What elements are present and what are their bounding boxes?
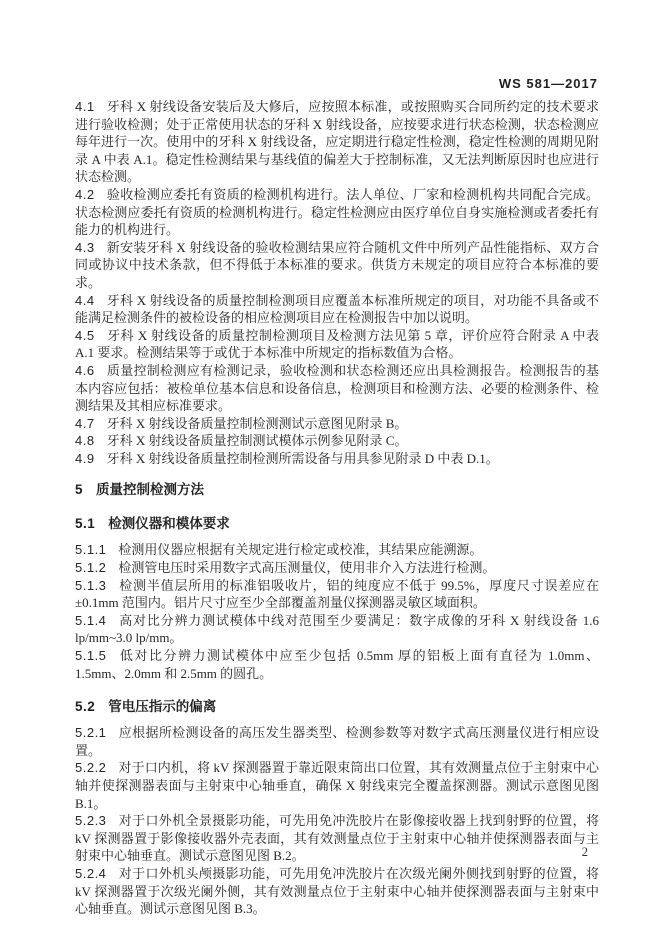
clause-text: 检测半值层所用的标准铝吸收片，铝的纯度应不低于 99.5%，厚度尺寸误差应在±0…: [75, 578, 599, 611]
clause-number: 4.3: [75, 240, 107, 255]
chapter-number: 5: [75, 482, 96, 497]
document-page: WS 581—2017 4.1牙科 X 射线设备安装后及大修后，应按照本标准，或…: [0, 0, 662, 936]
clause-4-6: 4.6质量控制检测应有检测记录，验收检测和状态检测还应出具检测报告。检测报告的基…: [75, 362, 599, 415]
clause-4-5: 4.5牙科 X 射线设备的质量控制检测项目及检测方法见第 5 章，评价应符合附录…: [75, 327, 599, 362]
clause-number: 5.1.2: [75, 560, 118, 575]
section-5-1-heading: 5.1检测仪器和模体要求: [75, 515, 599, 533]
clause-5-1-3: 5.1.3检测半值层所用的标准铝吸收片，铝的纯度应不低于 99.5%，厚度尺寸误…: [75, 577, 599, 612]
page-number: 2: [582, 845, 588, 860]
clause-text: 检测用仪器应根据有关规定进行检定或校准，其结果应能溯源。: [118, 542, 482, 557]
clause-number: 5.1.3: [75, 578, 118, 593]
clause-text: 高对比分辨力测试模体中线对范围至少要满足：数字成像的牙科 X 射线设备 1.6 …: [75, 613, 599, 646]
clause-5-1-1: 5.1.1检测用仪器应根据有关规定进行检定或校准，其结果应能溯源。: [75, 541, 599, 559]
clause-text: 对于口内机，将 kV 探测器置于靠近限束筒出口位置，其有效测量点位于主射束中心轴…: [75, 760, 599, 810]
clause-text: 对于口外机头颅摄影功能，可先用免冲洗胶片在次级光阑外侧找到射野的位置，将 kV …: [75, 866, 599, 916]
clause-number: 5.1.1: [75, 542, 118, 557]
chapter-5-heading: 5质量控制检测方法: [75, 481, 599, 499]
clause-text: 牙科 X 射线设备质量控制检测测试示意图见附录 B。: [107, 416, 408, 431]
clause-text: 质量控制检测应有检测记录，验收检测和状态检测还应出具检测报告。检测报告的基本内容…: [75, 363, 599, 413]
clause-4-3: 4.3新安装牙科 X 射线设备的验收检测结果应符合随机文件中所列产品性能指标、双…: [75, 239, 599, 292]
clause-number: 4.7: [75, 416, 107, 431]
standard-number: WS 581—2017: [499, 76, 598, 91]
clause-number: 5.2.1: [75, 725, 118, 740]
clause-text: 对于口外机全景摄影功能，可先用免冲洗胶片在影像接收器上找到射野的位置，将 kV …: [75, 813, 599, 863]
clause-text: 牙科 X 射线设备安装后及大修后，应按照本标准，或按照购买合同所约定的技术要求进…: [75, 99, 599, 184]
clause-number: 4.1: [75, 99, 107, 114]
section-5-2-heading: 5.2管电压指示的偏离: [75, 698, 599, 716]
section-title: 检测仪器和模体要求: [108, 516, 230, 531]
clause-number: 5.2.3: [75, 813, 118, 828]
chapter-title: 质量控制检测方法: [96, 482, 204, 497]
clause-number: 5.1.4: [75, 613, 118, 628]
clause-5-2-4: 5.2.4对于口外机头颅摄影功能，可先用免冲洗胶片在次级光阑外侧找到射野的位置，…: [75, 865, 599, 918]
clause-4-7: 4.7牙科 X 射线设备质量控制检测测试示意图见附录 B。: [75, 415, 599, 433]
section-number: 5.1: [75, 516, 108, 531]
clause-number: 4.8: [75, 433, 107, 448]
clause-number: 4.2: [75, 187, 107, 202]
clause-text: 新安装牙科 X 射线设备的验收检测结果应符合随机文件中所列产品性能指标、双方合同…: [75, 240, 599, 290]
clause-number: 4.4: [75, 293, 107, 308]
clause-5-2-3: 5.2.3对于口外机全景摄影功能，可先用免冲洗胶片在影像接收器上找到射野的位置，…: [75, 812, 599, 865]
clause-text: 应根据所检测设备的高压发生器类型、检测参数等对数字式高压测量仪进行相应设置。: [75, 725, 599, 758]
clause-number: 5.1.5: [75, 648, 118, 663]
clause-number: 4.9: [75, 451, 107, 466]
clause-text: 检测管电压时采用数字式高压测量仪，使用非介入方法进行检测。: [118, 560, 495, 575]
document-body: 4.1牙科 X 射线设备安装后及大修后，应按照本标准，或按照购买合同所约定的技术…: [75, 98, 599, 918]
clause-number: 5.2.4: [75, 866, 118, 881]
clause-4-9: 4.9牙科 X 射线设备质量控制检测所需设备与用具参见附录 D 中表 D.1。: [75, 450, 599, 468]
clause-4-1: 4.1牙科 X 射线设备安装后及大修后，应按照本标准，或按照购买合同所约定的技术…: [75, 98, 599, 186]
clause-4-4: 4.4牙科 X 射线设备的质量控制检测项目应覆盖本标准所规定的项目，对功能不具备…: [75, 292, 599, 327]
clause-5-1-5: 5.1.5低对比分辨力测试模体中应至少包括 0.5mm 厚的铝板上面有直径为 1…: [75, 647, 599, 682]
clause-4-2: 4.2验收检测应委托有资质的检测机构进行。法人单位、厂家和检测机构共同配合完成。…: [75, 186, 599, 239]
clause-5-1-2: 5.1.2检测管电压时采用数字式高压测量仪，使用非介入方法进行检测。: [75, 559, 599, 577]
section-number: 5.2: [75, 699, 108, 714]
clause-5-2-1: 5.2.1应根据所检测设备的高压发生器类型、检测参数等对数字式高压测量仪进行相应…: [75, 724, 599, 759]
clause-number: 4.6: [75, 363, 107, 378]
clause-text: 验收检测应委托有资质的检测机构进行。法人单位、厂家和检测机构共同配合完成。状态检…: [75, 187, 599, 237]
clause-5-2-2: 5.2.2对于口内机，将 kV 探测器置于靠近限束筒出口位置，其有效测量点位于主…: [75, 759, 599, 812]
clause-4-8: 4.8牙科 X 射线设备质量控制测试模体示例参见附录 C。: [75, 432, 599, 450]
clause-5-1-4: 5.1.4高对比分辨力测试模体中线对范围至少要满足：数字成像的牙科 X 射线设备…: [75, 612, 599, 647]
section-title: 管电压指示的偏离: [108, 699, 216, 714]
clause-text: 低对比分辨力测试模体中应至少包括 0.5mm 厚的铝板上面有直径为 1.0mm、…: [75, 648, 599, 681]
clause-number: 5.2.2: [75, 760, 118, 775]
clause-text: 牙科 X 射线设备的质量控制检测项目应覆盖本标准所规定的项目，对功能不具备或不能…: [75, 293, 599, 326]
clause-number: 4.5: [75, 328, 107, 343]
clause-text: 牙科 X 射线设备质量控制测试模体示例参见附录 C。: [107, 433, 408, 448]
clause-text: 牙科 X 射线设备的质量控制检测项目及检测方法见第 5 章，评价应符合附录 A …: [75, 328, 599, 361]
clause-text: 牙科 X 射线设备质量控制检测所需设备与用具参见附录 D 中表 D.1。: [107, 451, 499, 466]
